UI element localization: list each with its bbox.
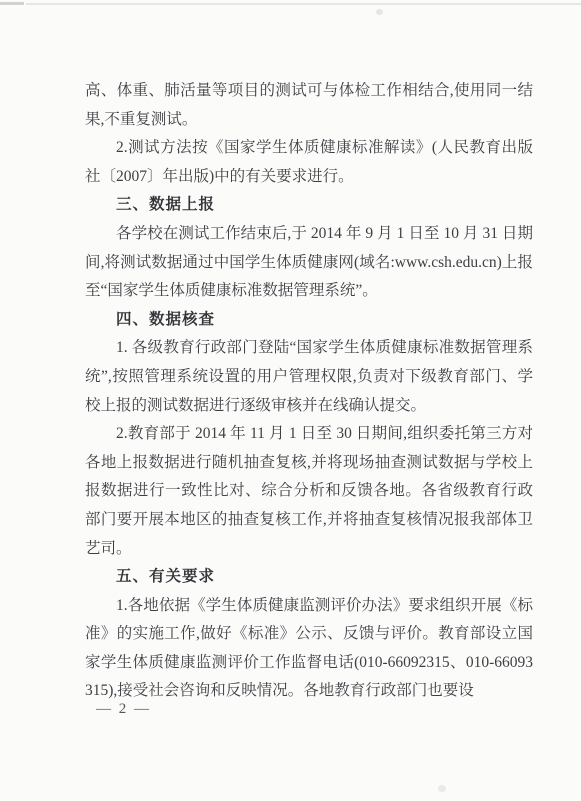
scan-artifact-speck	[438, 785, 446, 792]
paragraph-continuation: 高、体重、肺活量等项目的测试可与体检工作相结合,使用同一结果,不重复测试。	[85, 77, 533, 134]
scan-artifact-edge-light	[26, 3, 581, 5]
paragraph-verification-item-2: 2.教育部于 2014 年 11 月 1 日至 30 日期间,组织委托第三方对各…	[85, 420, 533, 563]
paragraph-upload-instructions: 各学校在测试工作结束后,于 2014 年 9 月 1 日至 10 月 31 日期…	[85, 220, 533, 306]
scan-artifact-edge-dark	[0, 2, 24, 5]
page-number: — 2 —	[96, 701, 151, 718]
section-heading-requirements: 五、有关要求	[85, 563, 533, 592]
paragraph-requirements-item-1: 1.各地依据《学生体质健康监测评价办法》要求组织开展《标准》的实施工作,做好《标…	[85, 592, 533, 706]
scanned-document-page: 高、体重、肺活量等项目的测试可与体检工作相结合,使用同一结果,不重复测试。 2.…	[0, 0, 581, 801]
paragraph-test-method: 2.测试方法按《国家学生体质健康标准解读》(人民教育出版社〔2007〕年出版)中…	[85, 134, 533, 191]
section-heading-data-verification: 四、数据核查	[85, 306, 533, 335]
document-body: 高、体重、肺活量等项目的测试可与体检工作相结合,使用同一结果,不重复测试。 2.…	[85, 77, 533, 706]
paragraph-verification-item-1: 1. 各级教育行政部门登陆“国家学生体质健康标准数据管理系统”,按照管理系统设置…	[85, 334, 533, 420]
section-heading-data-upload: 三、数据上报	[85, 191, 533, 220]
scan-artifact-speck	[376, 9, 383, 15]
